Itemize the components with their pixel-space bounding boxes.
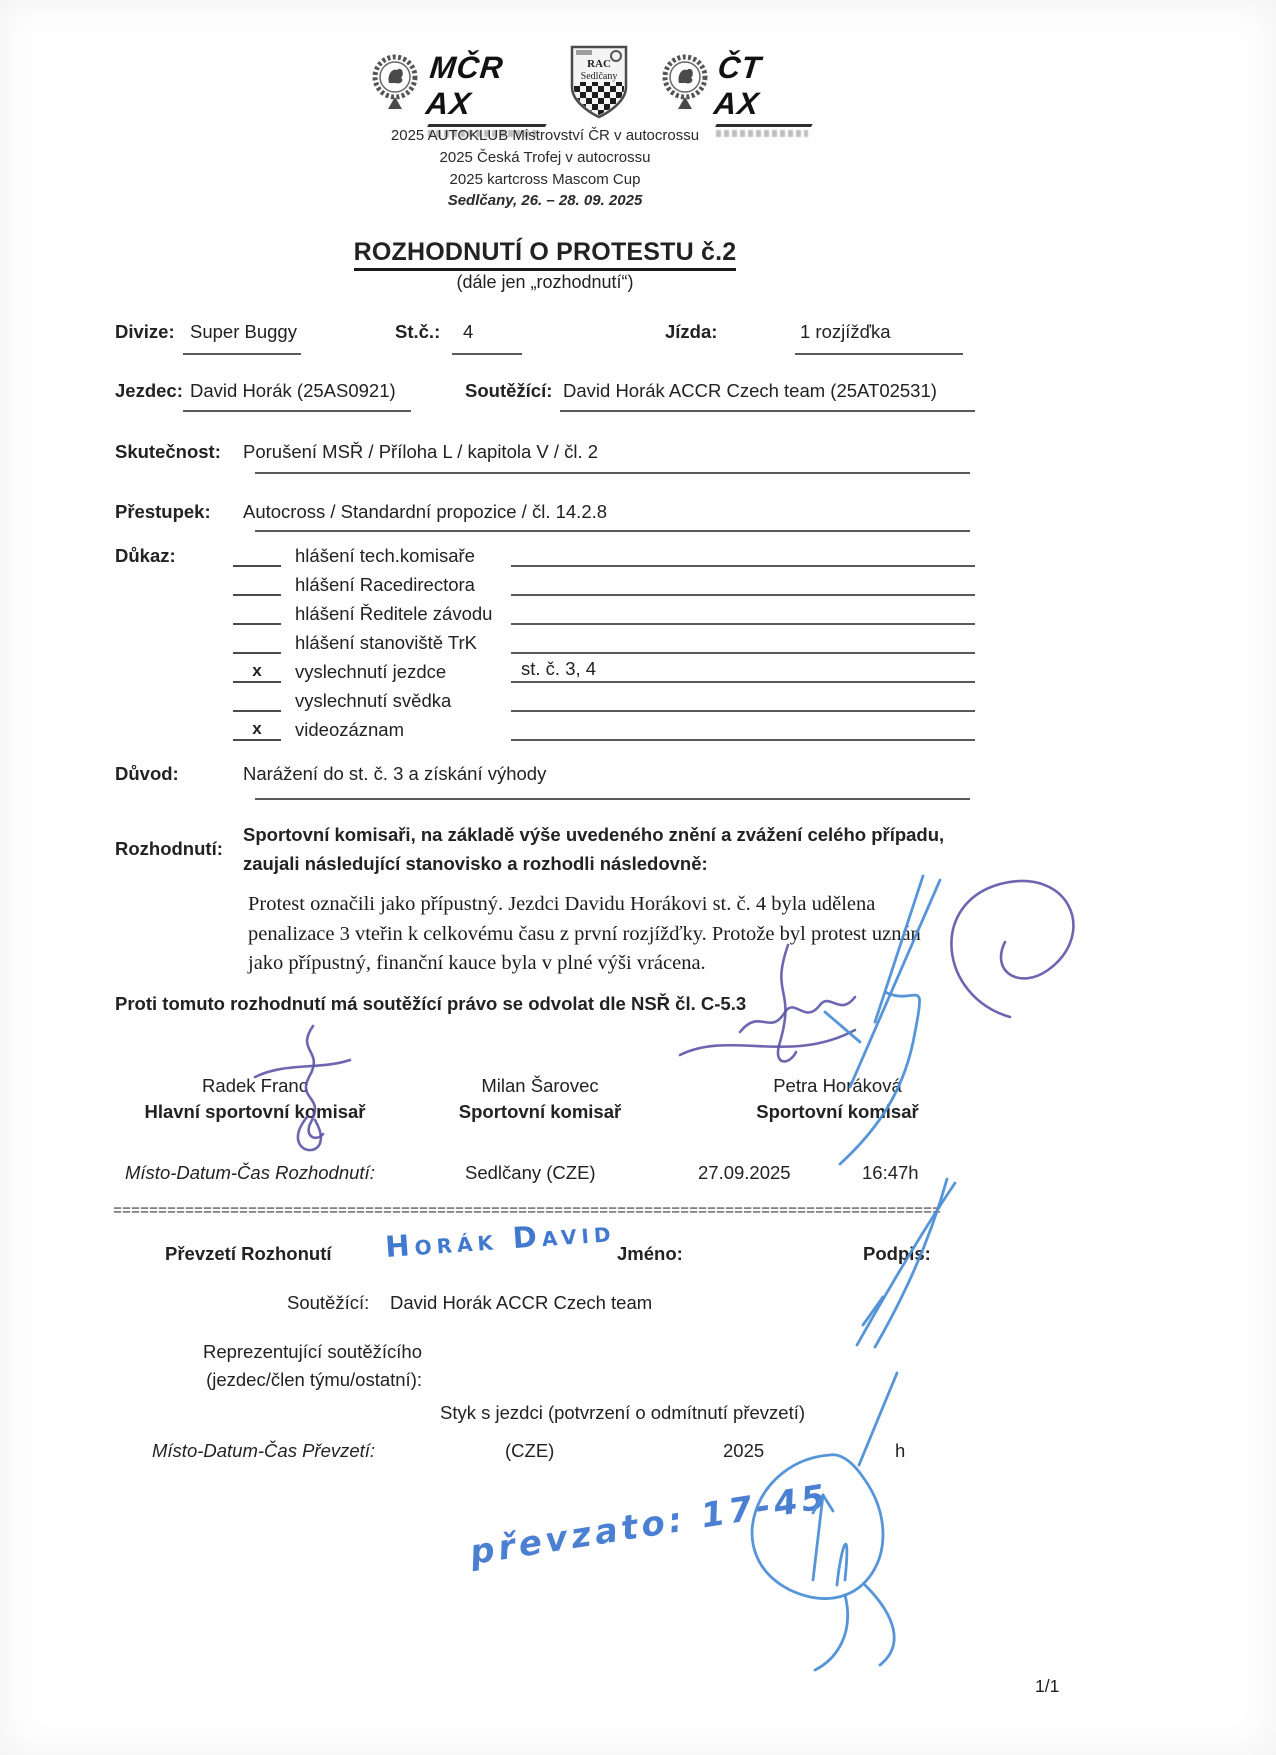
signatory-block: Milan Šarovec Sportovní komisař — [425, 1075, 655, 1123]
sedlcany-text: Sedlčany — [581, 71, 618, 82]
evidence-row: hlášení tech.komisaře — [233, 541, 975, 567]
championship-line-3: 2025 kartcross Mascom Cup — [85, 171, 1005, 188]
decision-date: 27.09.2025 — [698, 1162, 791, 1184]
evidence-item-note — [511, 565, 975, 567]
evidence-checkbox — [233, 710, 281, 712]
championship-line-1: 2025 AUTOKLUB Mistrovství ČR v autocross… — [85, 127, 1005, 144]
representative-label: Reprezentující soutěžícího (jezdec/člen … — [120, 1338, 422, 1394]
signatory-block: Radek Franc Hlavní sportovní komisař — [140, 1075, 370, 1123]
evidence-item-note — [511, 623, 975, 625]
evidence-row: hlášení Ředitele závodu — [233, 599, 975, 625]
evidence-item-label: videozáznam — [295, 719, 507, 741]
signatory-name: Petra Horáková — [720, 1075, 955, 1097]
representative-line-1: Reprezentující soutěžícího — [120, 1338, 422, 1366]
soutezici-value: David Horák ACCR Czech team (25AT02531) — [563, 380, 937, 402]
rac-sedlcany-shield-logo: RAC Sedlčany — [568, 44, 630, 125]
field-underline — [255, 530, 970, 532]
skutecnost-label: Skutečnost: — [115, 441, 221, 463]
duvod-label: Důvod: — [115, 763, 179, 785]
handwritten-received-note: převzato: 17-45 — [467, 1477, 832, 1573]
representative-line-2: (jezdec/člen týmu/ostatní): — [120, 1366, 422, 1394]
receipt-soutezici-value: David Horák ACCR Czech team — [390, 1292, 652, 1314]
decision-place: Sedlčany (CZE) — [465, 1162, 596, 1184]
field-underline — [183, 410, 411, 412]
evidence-item-label: hlášení stanoviště TrK — [295, 632, 507, 654]
signatory-name: Radek Franc — [140, 1075, 370, 1097]
start-number-value: 4 — [463, 321, 473, 343]
field-underline — [452, 353, 522, 355]
evidence-item-note — [511, 652, 975, 654]
autoklub-emblem-icon — [372, 52, 418, 114]
signatory-name: Milan Šarovec — [425, 1075, 655, 1097]
skutecnost-value: Porušení MSŘ / Příloha L / kapitola V / … — [243, 441, 598, 463]
evidence-item-note — [511, 710, 975, 712]
decision-verdict: Protest označili jako přípustný. Jezdci … — [248, 890, 948, 979]
jezdec-value: David Horák (25AS0921) — [190, 380, 396, 402]
signature-recipient-bottom — [695, 1425, 945, 1675]
evidence-item-note — [511, 739, 975, 741]
signatory-role: Hlavní sportovní komisař — [140, 1101, 370, 1123]
document-subtitle: (dále jen „rozhodnutí“) — [85, 272, 1005, 293]
ct-ax-logo: ČT AX — [662, 50, 812, 137]
receipt-place: (CZE) — [505, 1440, 554, 1462]
signature-recipient-top — [835, 1175, 975, 1355]
field-underline — [795, 353, 963, 355]
divize-value: Super Buggy — [190, 321, 297, 343]
dukaz-label: Důkaz: — [115, 545, 176, 567]
receipt-meta-label: Místo-Datum-Čas Převzetí: — [152, 1440, 375, 1462]
evidence-row: hlášení Racedirectora — [233, 570, 975, 596]
field-underline — [255, 798, 970, 800]
ct-ax-logo-text: ČT AX — [712, 50, 816, 122]
page-number: 1/1 — [1035, 1676, 1059, 1697]
event-date-line: Sedlčany, 26. – 28. 09. 2025 — [85, 192, 1005, 209]
document-title: ROZHODNUTÍ O PROTESTU č.2 — [354, 238, 737, 271]
rac-text: RAC — [587, 58, 611, 70]
field-underline — [183, 353, 301, 355]
appeal-notice: Proti tomuto rozhodnutí má soutěžící prá… — [115, 993, 746, 1015]
jizda-value: 1 rozjížďka — [800, 321, 891, 343]
prestupek-value: Autocross / Standardní propozice / čl. 1… — [243, 501, 607, 523]
evidence-item-note — [511, 594, 975, 596]
evidence-checkbox — [233, 594, 281, 596]
evidence-row: x videozáznam — [233, 715, 975, 741]
prestupek-label: Přestupek: — [115, 501, 211, 523]
evidence-checkbox — [233, 623, 281, 625]
field-underline — [560, 410, 975, 412]
evidence-row: hlášení stanoviště TrK — [233, 628, 975, 654]
decision-meta-label: Místo-Datum-Čas Rozhodnutí: — [125, 1162, 375, 1184]
decision-intro: Sportovní komisaři, na základě výše uved… — [243, 820, 948, 878]
evidence-item-label: hlášení Racedirectora — [295, 574, 507, 596]
mcr-ax-logo: MČR AX — [372, 50, 550, 137]
start-number-label: St.č.: — [395, 321, 440, 343]
evidence-row: x vyslechnutí jezdce st. č. 3, 4 — [233, 657, 975, 683]
handwritten-recipient-name: Horák David — [384, 1214, 616, 1264]
evidence-checkbox — [233, 652, 281, 654]
evidence-item-label: vyslechnutí svědka — [295, 690, 507, 712]
jezdec-label: Jezdec: — [115, 380, 183, 402]
receipt-year: 2025 — [723, 1440, 764, 1462]
evidence-row: vyslechnutí svědka — [233, 686, 975, 712]
autoklub-emblem-icon — [662, 52, 708, 114]
receipt-hour-suffix: h — [895, 1440, 905, 1462]
decision-time: 16:47h — [862, 1162, 919, 1184]
rozhodnuti-label: Rozhodnutí: — [115, 838, 223, 860]
signature-label: Podpis: — [863, 1243, 931, 1265]
soutezici-label: Soutěžící: — [465, 380, 552, 402]
section-divider: ========================================… — [113, 1203, 965, 1220]
name-label: Jméno: — [617, 1243, 683, 1265]
contact-line: Styk s jezdci (potvrzení o odmítnutí pře… — [440, 1402, 805, 1424]
evidence-item-label: vyslechnutí jezdce — [295, 661, 507, 683]
field-underline — [255, 472, 970, 474]
signatory-role: Sportovní komisař — [720, 1101, 955, 1123]
evidence-item-label: hlášení tech.komisaře — [295, 545, 507, 567]
signatory-block: Petra Horáková Sportovní komisař — [720, 1075, 955, 1123]
evidence-checkbox: x — [233, 661, 281, 683]
mcr-ax-logo-text: MČR AX — [424, 50, 554, 122]
evidence-checkbox — [233, 565, 281, 567]
signatory-role: Sportovní komisař — [425, 1101, 655, 1123]
receipt-soutezici-label: Soutěžící: — [287, 1292, 369, 1314]
evidence-checkbox: x — [233, 719, 281, 741]
divize-label: Divize: — [115, 321, 175, 343]
receipt-title: Převzetí Rozhonutí — [165, 1243, 332, 1265]
scanned-protest-decision-document: MČR AX RAC Sedlčany ČT AX — [0, 0, 1276, 1755]
evidence-item-note: st. č. 3, 4 — [511, 657, 975, 683]
jizda-label: Jízda: — [665, 321, 717, 343]
championship-line-2: 2025 Česká Trofej v autocrossu — [85, 149, 1005, 166]
duvod-value: Narážení do st. č. 3 a získání výhody — [243, 763, 546, 785]
evidence-item-label: hlášení Ředitele závodu — [295, 603, 507, 625]
